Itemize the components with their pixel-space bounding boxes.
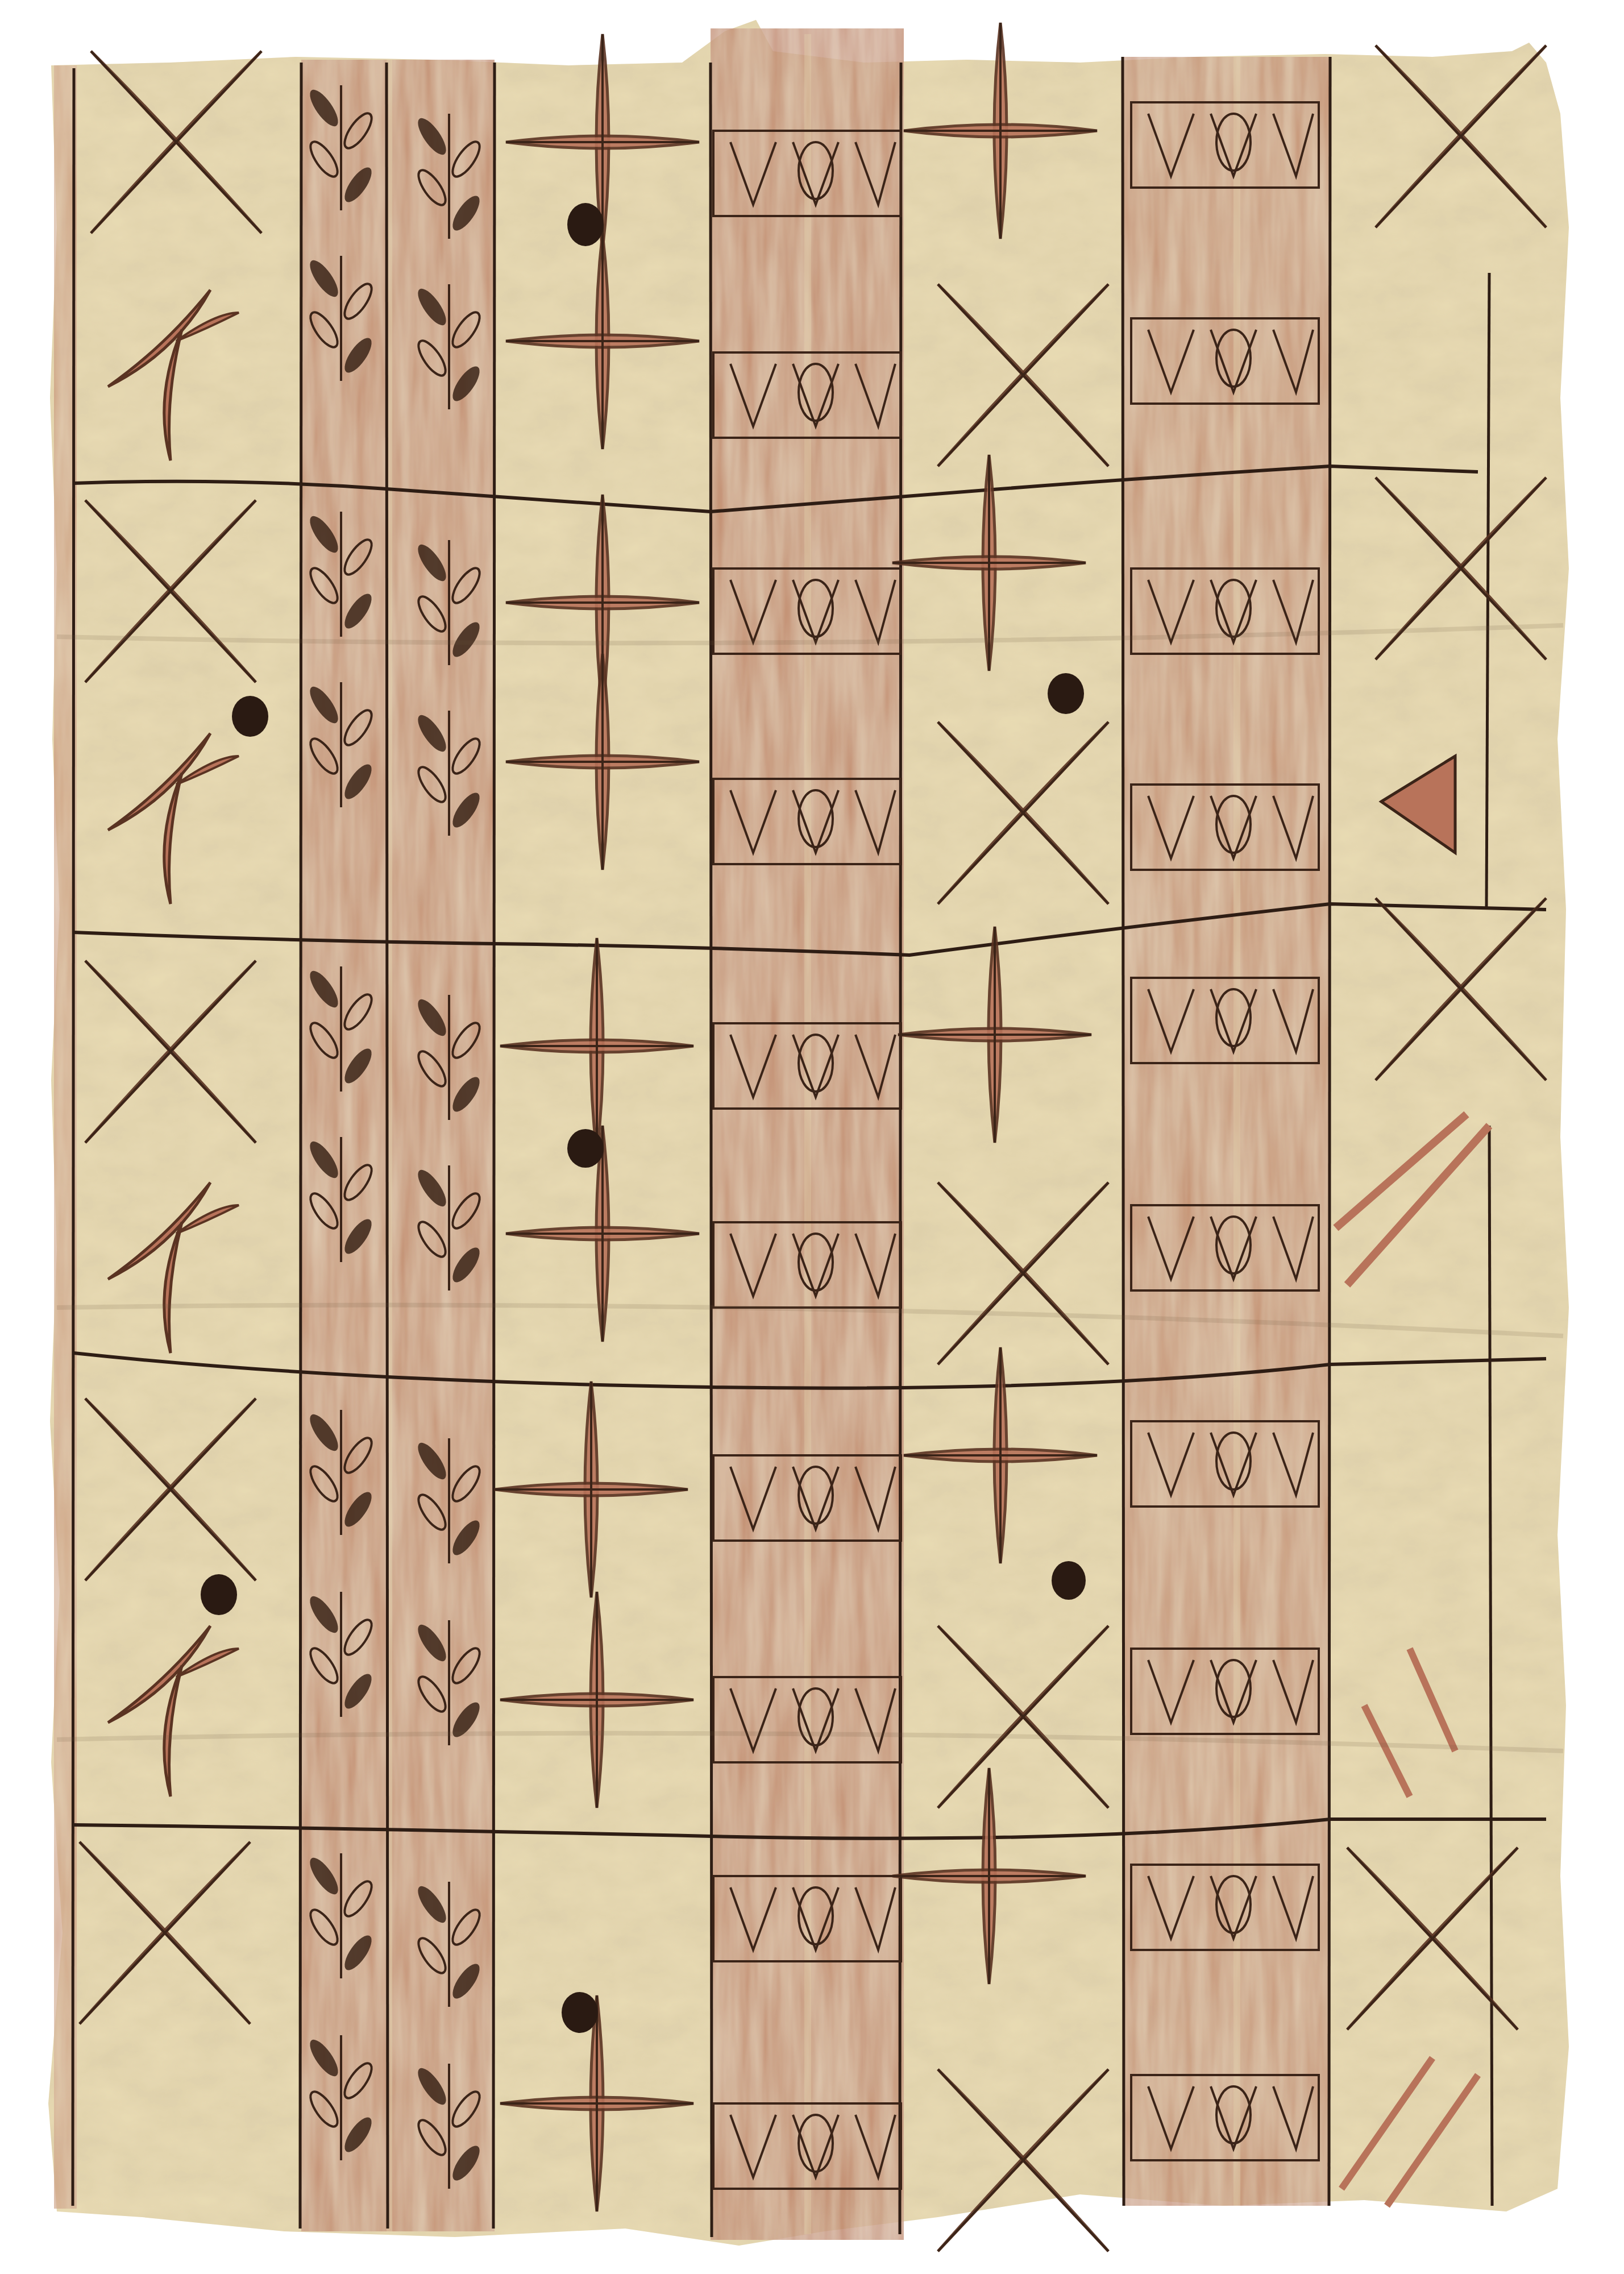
rust-bands	[301, 28, 1330, 2240]
tapa-cloth-photo	[0, 0, 1624, 2274]
